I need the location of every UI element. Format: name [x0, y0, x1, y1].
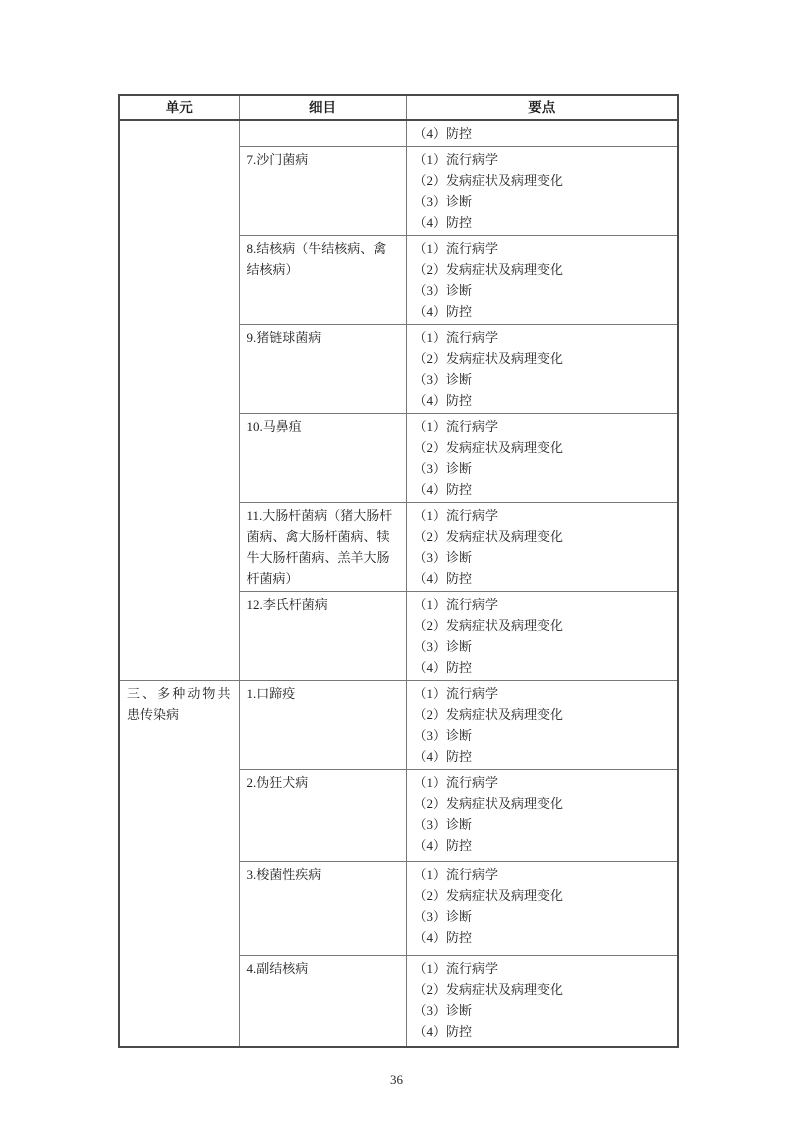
item-cell: 9.猪链球菌病: [239, 325, 406, 414]
point-line: （1）流行病学: [414, 958, 670, 979]
item-cell: 12.李氏杆菌病: [239, 592, 406, 681]
item-cell: 8.结核病（牛结核病、禽结核病）: [239, 236, 406, 325]
point-line: （3）诊断: [414, 814, 670, 835]
point-line: （2）发病症状及病理变化: [414, 170, 670, 191]
point-line: （2）发病症状及病理变化: [414, 979, 670, 1000]
point-line: （4）防控: [414, 1021, 670, 1042]
point-line: （2）发病症状及病理变化: [414, 615, 670, 636]
col-header-unit: 单元: [119, 95, 239, 120]
point-line: （3）诊断: [414, 906, 670, 927]
points-cell: （1）流行病学 （2）发病症状及病理变化 （3）诊断 （4）防控: [406, 147, 678, 236]
point-line: （4）防控: [414, 746, 670, 767]
point-line: （2）发病症状及病理变化: [414, 704, 670, 725]
col-header-item: 细目: [239, 95, 406, 120]
page-number: 36: [0, 1072, 793, 1088]
point-line: （3）诊断: [414, 191, 670, 212]
point-line: （3）诊断: [414, 1000, 670, 1021]
point-line: （1）流行病学: [414, 683, 670, 704]
point-line: （2）发病症状及病理变化: [414, 348, 670, 369]
points-cell: （1）流行病学 （2）发病症状及病理变化 （3）诊断 （4）防控: [406, 862, 678, 956]
item-cell: 11.大肠杆菌病（猪大肠杆菌病、禽大肠杆菌病、犊牛大肠杆菌病、羔羊大肠杆菌病）: [239, 503, 406, 592]
point-line: （3）诊断: [414, 458, 670, 479]
point-line: （1）流行病学: [414, 505, 670, 526]
point-line: （3）诊断: [414, 725, 670, 746]
point-line: （2）发病症状及病理变化: [414, 885, 670, 906]
point-line: （3）诊断: [414, 369, 670, 390]
point-line: （4）防控: [414, 568, 670, 589]
point-line: （1）流行病学: [414, 327, 670, 348]
point-line: （1）流行病学: [414, 864, 670, 885]
syllabus-table: 单元 细目 要点 （4）防控 7.沙门菌病 （1）流行病学 （2）发病症状及病理…: [118, 94, 679, 1048]
table-row: 三、多种动物共患传染病 1.口蹄疫 （1）流行病学 （2）发病症状及病理变化 （…: [119, 681, 678, 770]
point-line: （2）发病症状及病理变化: [414, 793, 670, 814]
point-line: （1）流行病学: [414, 238, 670, 259]
point-line: （1）流行病学: [414, 772, 670, 793]
points-cell: （1）流行病学 （2）发病症状及病理变化 （3）诊断 （4）防控: [406, 770, 678, 862]
item-cell: 10.马鼻疽: [239, 414, 406, 503]
unit-cell: 三、多种动物共患传染病: [119, 681, 239, 1047]
points-cell: （1）流行病学 （2）发病症状及病理变化 （3）诊断 （4）防控: [406, 503, 678, 592]
item-cell: 2.伪狂犬病: [239, 770, 406, 862]
point-line: （3）诊断: [414, 636, 670, 657]
point-line: （1）流行病学: [414, 416, 670, 437]
point-line: （3）诊断: [414, 547, 670, 568]
point-line: （4）防控: [414, 835, 670, 856]
point-line: （4）防控: [414, 657, 670, 678]
point-line: （4）防控: [414, 479, 670, 500]
points-cell: （1）流行病学 （2）发病症状及病理变化 （3）诊断 （4）防控: [406, 414, 678, 503]
header-row: 单元 细目 要点: [119, 95, 678, 120]
points-cell: （1）流行病学 （2）发病症状及病理变化 （3）诊断 （4）防控: [406, 325, 678, 414]
point-line: （1）流行病学: [414, 594, 670, 615]
points-cell: （1）流行病学 （2）发病症状及病理变化 （3）诊断 （4）防控: [406, 592, 678, 681]
document-page: 单元 细目 要点 （4）防控 7.沙门菌病 （1）流行病学 （2）发病症状及病理…: [0, 0, 793, 1122]
point-line: （2）发病症状及病理变化: [414, 526, 670, 547]
point-line: （1）流行病学: [414, 149, 670, 170]
point-line: （2）发病症状及病理变化: [414, 437, 670, 458]
point-line: （3）诊断: [414, 280, 670, 301]
item-cell: 4.副结核病: [239, 956, 406, 1047]
points-cell: （1）流行病学 （2）发病症状及病理变化 （3）诊断 （4）防控: [406, 681, 678, 770]
point-line: （4）防控: [414, 927, 670, 948]
item-cell: 1.口蹄疫: [239, 681, 406, 770]
points-cell: （1）流行病学 （2）发病症状及病理变化 （3）诊断 （4）防控: [406, 236, 678, 325]
point-line: （4）防控: [414, 390, 670, 411]
col-header-points: 要点: [406, 95, 678, 120]
table-row: （4）防控: [119, 120, 678, 147]
points-cell: （1）流行病学 （2）发病症状及病理变化 （3）诊断 （4）防控: [406, 956, 678, 1047]
point-line: （2）发病症状及病理变化: [414, 259, 670, 280]
item-cell: [239, 120, 406, 147]
item-cell: 3.梭菌性疾病: [239, 862, 406, 956]
points-cell: （4）防控: [406, 120, 678, 147]
item-cell: 7.沙门菌病: [239, 147, 406, 236]
unit-cell: [119, 120, 239, 681]
point-line: （4）防控: [414, 212, 670, 233]
point-line: （4）防控: [414, 301, 670, 322]
point-line: （4）防控: [414, 123, 670, 144]
